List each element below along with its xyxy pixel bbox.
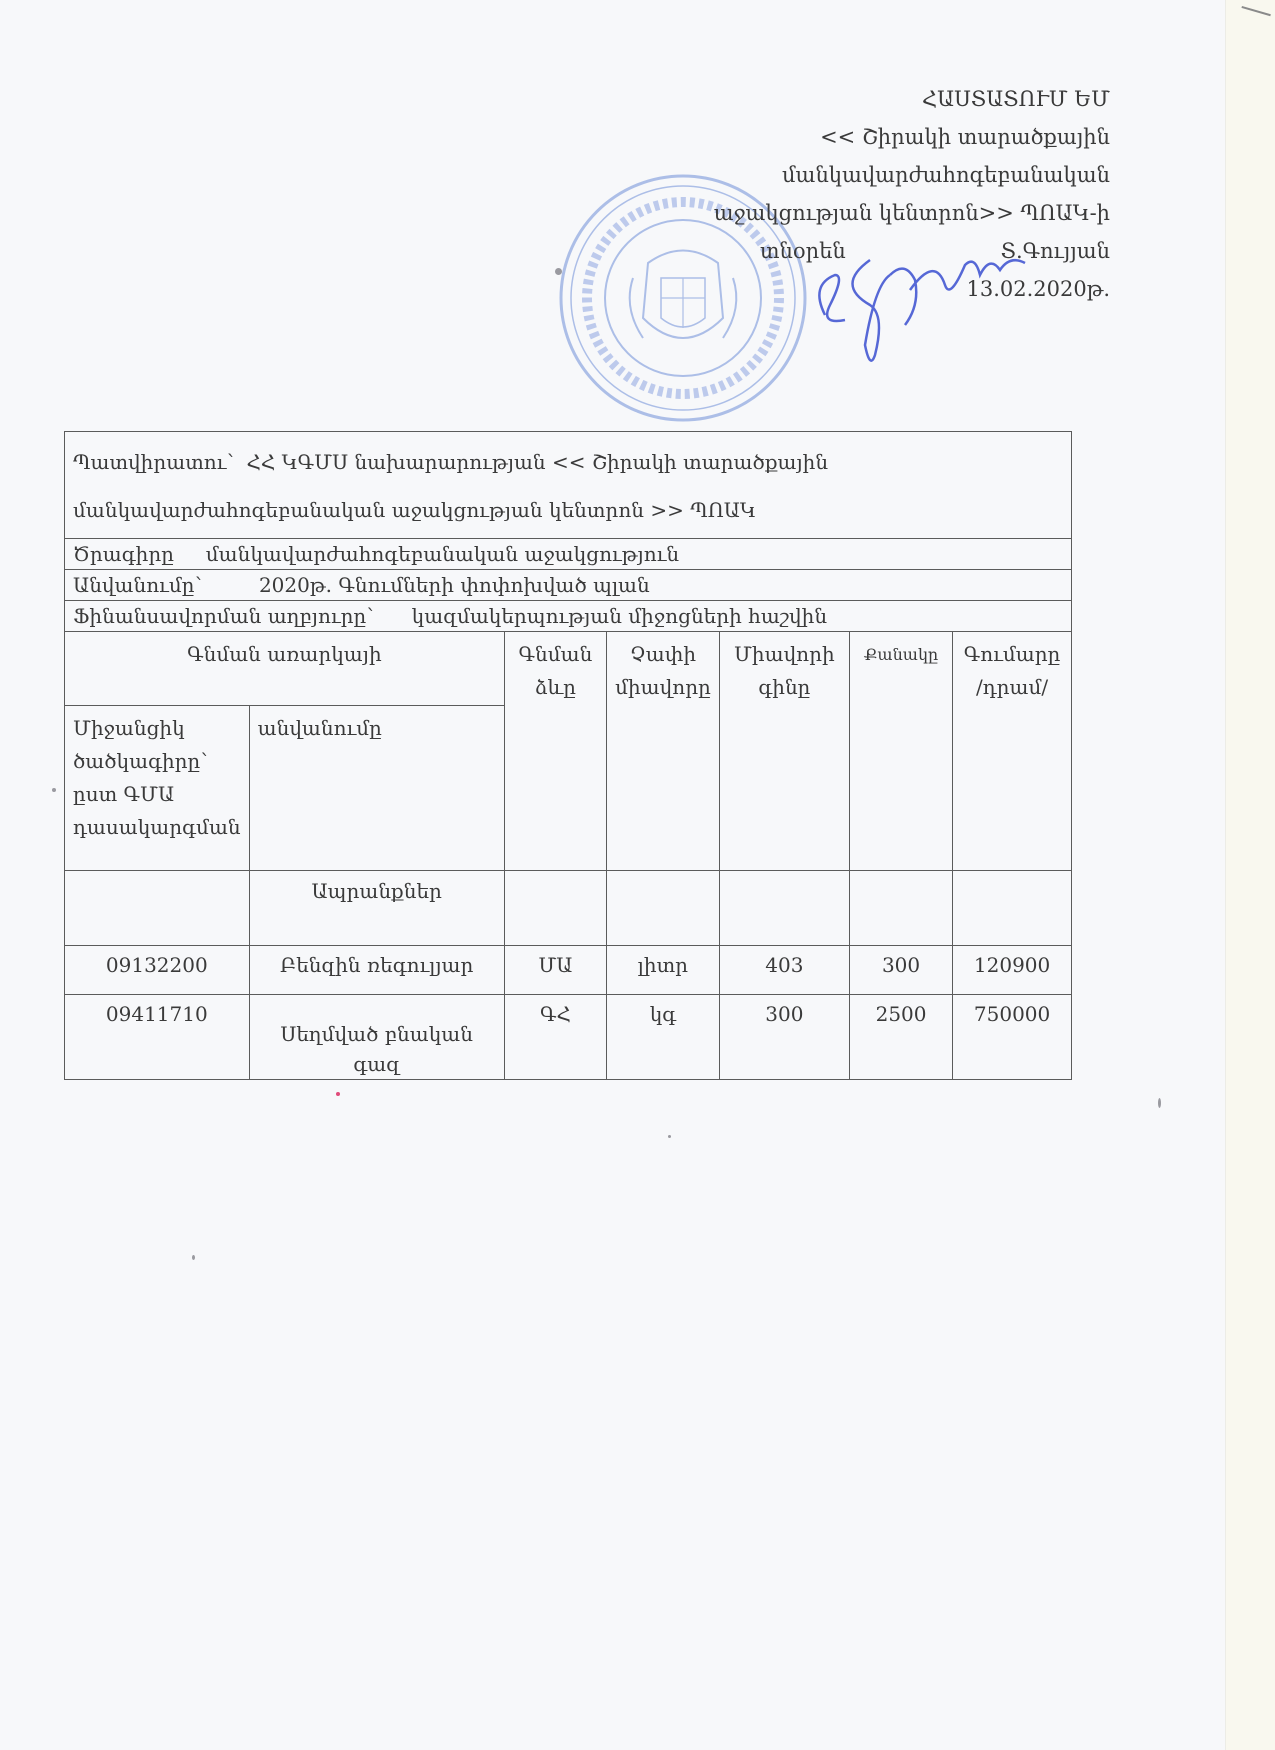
customer-label: Պատվիրատու՝ [73,450,234,474]
col-header-code: Միջանցիկ ծածկագիրը՝ ըստ ԳՄԱ դասակարգման [65,706,250,871]
program-value: մանկավարժահոգեբանական աջակցություն [206,542,679,566]
customer-cell: Պատվիրատու՝ ՀՀ ԿԳՄՍ նախարարության << Շիր… [65,432,1072,539]
table-row: 09132200 Բենզին ռեգուլյար ՄԱ լիտր 403 30… [65,946,1072,995]
section-empty-cell [607,871,720,946]
customer-line2: մանկավարժահոգեբանական աջակցության կենտրո… [73,498,756,522]
scan-speck [1158,1098,1161,1108]
section-empty-cell [953,871,1072,946]
scan-speck [52,788,56,792]
section-empty-cell [719,871,849,946]
paper-edge [1225,0,1275,1750]
scan-speck [555,268,562,275]
approval-block: ՀԱՍՏԱՏՈՒՄ ԵՄ << Շիրակի տարածքային մանկավ… [714,80,1110,308]
col-header-quantity: Քանակը [849,632,952,871]
row-name-cell: Սեղմված բնական գազ [249,995,504,1080]
row-code: 09411710 [65,995,250,1080]
procurement-plan-table: Պատվիրատու՝ ՀՀ ԿԳՄՍ նախարարության << Շիր… [64,431,1072,1080]
customer-line1: ՀՀ ԿԳՄՍ նախարարության << Շիրակի տարածքայ… [246,450,828,474]
approval-org-line3: աջակցության կենտրոն>> ՊՈԱԿ-ի [714,194,1110,232]
col-header-subject: Գնման առարկայի [65,632,505,706]
col-header-item-name: անվանումը [249,706,504,871]
row-method: ԳՀ [504,995,606,1080]
row-unit: լիտր [607,946,720,995]
funding-value: կազմակերպության միջոցների հաշվին [412,604,827,628]
funding-label: Ֆինանսավորման աղբյուրը՝ [73,604,374,628]
row-name: Սեղմված բնական գազ [258,1019,496,1079]
row-unit-price: 300 [719,995,849,1080]
row-quantity: 2500 [849,995,952,1080]
scan-speck [192,1255,195,1260]
approval-signer: Տ.Գույյան [1001,232,1110,270]
scan-speck [668,1135,671,1138]
approval-signer-line: տնօրեն Տ.Գույյան [760,232,1110,270]
row-amount: 120900 [953,946,1072,995]
section-empty-cell [849,871,952,946]
section-label: Ապրանքներ [249,871,504,946]
approval-title: ՀԱՍՏԱՏՈՒՄ ԵՄ [714,80,1110,118]
approval-date: 13.02.2020թ. [714,270,1110,308]
col-header-unit-price: Միավորի գինը [719,632,849,871]
scan-speck [336,1092,340,1096]
program-label: Ծրագիրը [73,542,174,566]
plan-name-cell: Անվանումը՝ 2020թ. Գնումների փոփոխված պլա… [65,570,1072,601]
plan-name-label: Անվանումը՝ [73,573,202,597]
program-cell: Ծրագիրը մանկավարժահոգեբանական աջակցությո… [65,539,1072,570]
section-empty-cell [65,871,250,946]
section-empty-cell [504,871,606,946]
approval-position: տնօրեն [760,232,846,270]
approval-org-line1: << Շիրակի տարածքային [714,118,1110,156]
col-header-method: Գնման ձևը [504,632,606,871]
table-row: 09411710 Սեղմված բնական գազ ԳՀ կգ 300 25… [65,995,1072,1080]
col-header-unit: Չափի միավորը [607,632,720,871]
approval-org-line2: մանկավարժահոգեբանական [714,156,1110,194]
funding-cell: Ֆինանսավորման աղբյուրը՝ կազմակերպության … [65,601,1072,632]
row-code: 09132200 [65,946,250,995]
row-quantity: 300 [849,946,952,995]
row-name: Բենզին ռեգուլյար [249,946,504,995]
row-unit-price: 403 [719,946,849,995]
row-method: ՄԱ [504,946,606,995]
row-amount: 750000 [953,995,1072,1080]
row-unit: կգ [607,995,720,1080]
col-header-amount: Գումարը /դրամ/ [953,632,1072,871]
plan-name-value: 2020թ. Գնումների փոփոխված պլան [259,573,650,597]
